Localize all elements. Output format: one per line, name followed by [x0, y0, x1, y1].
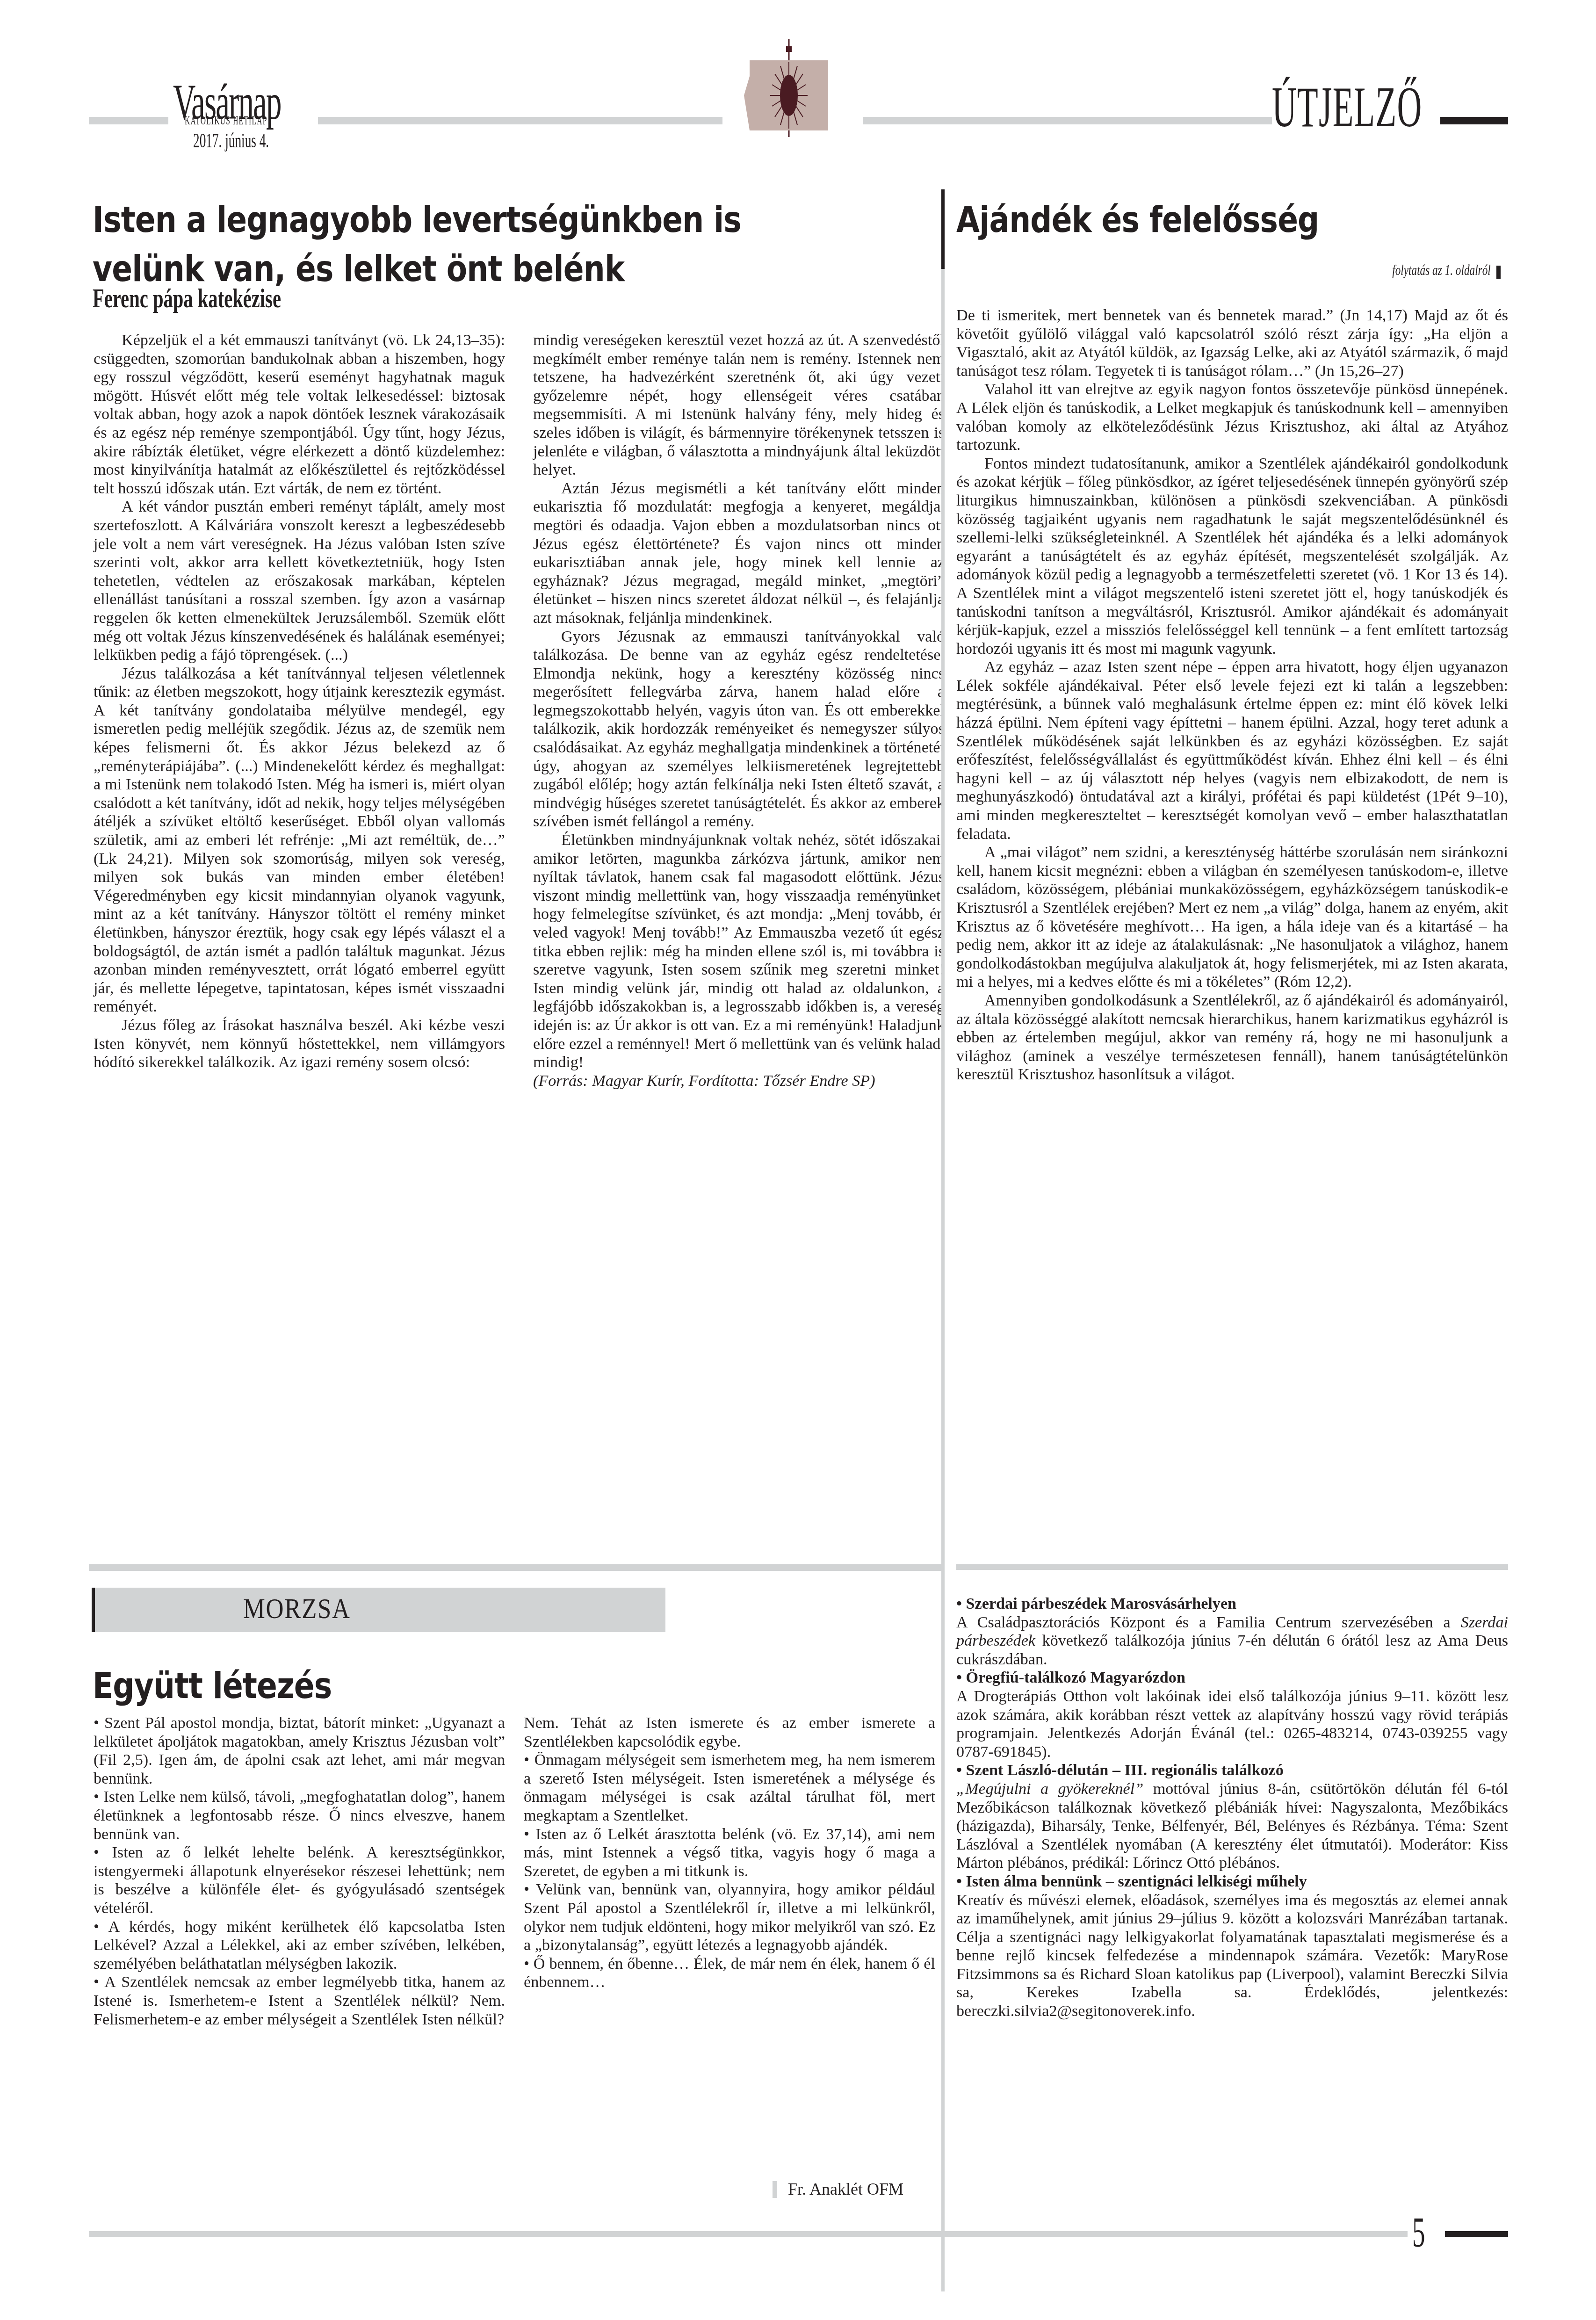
paragraph: Fontos mindezt tudatosítanunk, amikor a …: [956, 455, 1508, 658]
morzsa-item: • Isten Lelke nem külső, távoli, „megfog…: [94, 1788, 505, 1843]
paragraph: Az egyház – azaz Isten szent népe – éppe…: [956, 658, 1508, 843]
news-item: • Isten álma bennünk – szentignáci lelki…: [956, 1872, 1508, 2021]
paragraph: A két vándor pusztán emberi reményt tápl…: [94, 498, 505, 664]
section-divider-right: [956, 1564, 1508, 1570]
paragraph: Életünkben mindnyájunknak voltak nehéz, …: [533, 831, 945, 1072]
morzsa-item: • Isten az ő Lelkét árasztotta belénk (v…: [524, 1825, 935, 1881]
morzsa-item: • Isten az ő lelkét lehelte belénk. A ke…: [94, 1843, 505, 1917]
section-title: ÚTJELZŐ: [1272, 75, 1422, 140]
news-item-title: • Isten álma bennünk – szentignáci lelki…: [956, 1873, 1307, 1890]
page-number: 5: [1412, 2207, 1425, 2257]
section-divider-left: [89, 1564, 945, 1571]
right-article-headline: Ajándék és felelősség: [956, 194, 1319, 246]
footer-rule: [931, 2231, 1408, 2237]
morzsa-item: • A kérdés, hogy miként kerülhetek élő k…: [94, 1918, 505, 1973]
section-title-bar: [1440, 117, 1508, 124]
paragraph: Valahol itt van elrejtve az egyik nagyon…: [956, 380, 1508, 454]
paragraph: mindig vereségeken keresztül vezet hozzá…: [533, 331, 945, 479]
newspaper-logo-subtitle: KATOLIKUS HETILAP: [185, 114, 267, 128]
paragraph: Képzeljük el a két emmauszi tanítványt (…: [94, 331, 505, 498]
morzsa-label: MORZSA: [243, 1592, 351, 1626]
news-item-title: • Szent László-délután – III. regionális…: [956, 1762, 1284, 1779]
paragraph: Jézus főleg az Írásokat használva beszél…: [94, 1016, 505, 1072]
signature-marker: [773, 2181, 777, 2198]
monstrance-icon: [737, 39, 840, 137]
article-right-column: De ti ismeritek, mert bennetek van és be…: [956, 306, 1508, 1084]
paragraph: De ti ismeritek, mert bennetek van és be…: [956, 306, 1508, 380]
morzsa-item: Nem. Tehát az Isten ismerete és az ember…: [524, 1714, 935, 1751]
issue-date: 2017. június 4.: [193, 129, 269, 152]
column-divider: [941, 269, 945, 2291]
morzsa-headline: Együtt létezés: [93, 1660, 332, 1712]
article-headline-line1: Isten a legnagyobb levertségünkben is: [93, 194, 741, 246]
author-signature: Fr. Anaklét OFM: [788, 2179, 903, 2199]
morzsa-item: • Önmagam mélységeit sem ismerhetem meg,…: [524, 1751, 935, 1825]
continuation-marker: [1496, 266, 1501, 279]
morzsa-item: • Velünk van, bennünk van, olyannyira, h…: [524, 1880, 935, 1954]
news-item: • Szent László-délután – III. regionális…: [956, 1761, 1508, 1872]
paragraph: Gyors Jézusnak az emmauszi tanítványokka…: [533, 628, 945, 831]
morzsa-banner: [92, 1588, 665, 1632]
article-left-column-1: Képzeljük el a két emmauszi tanítványt (…: [94, 331, 505, 1072]
morzsa-item: • Szent Pál apostol mondja, biztat, báto…: [94, 1714, 505, 1788]
news-item: • Szerdai párbeszédek MarosvásárhelyenA …: [956, 1595, 1508, 1669]
paragraph: A „mai világot” nem szidni, a keresztény…: [956, 843, 1508, 991]
morzsa-item: • Ő bennem, én őbenne… Élek, de már nem …: [524, 1955, 935, 1992]
paragraph: Jézus találkozása a két tanítvánnyal tel…: [94, 665, 505, 1016]
right-article-accent-bar: [941, 189, 945, 269]
article-subtitle: Ferenc pápa katekézise: [93, 282, 281, 314]
morzsa-column-1: • Szent Pál apostol mondja, biztat, báto…: [94, 1714, 505, 2029]
article-left-column-2: mindig vereségeken keresztül vezet hozzá…: [533, 331, 945, 1090]
masthead-rule-right: [863, 117, 1272, 124]
news-item-title: • Szerdai párbeszédek Marosvásárhelyen: [956, 1595, 1236, 1612]
news-item-title: • Öregfiú-találkozó Magyarózdon: [956, 1669, 1185, 1686]
news-briefs: • Szerdai párbeszédek MarosvásárhelyenA …: [956, 1595, 1508, 2021]
continuation-note: folytatás az 1. oldalról: [1392, 262, 1491, 279]
page-number-bar: [1445, 2231, 1508, 2237]
news-item: • Öregfiú-találkozó MagyarózdonA Drogter…: [956, 1669, 1508, 1761]
morzsa-item: • A Szentlélek nemcsak az ember legmélye…: [94, 1973, 505, 2029]
morzsa-column-2: Nem. Tehát az Isten ismerete és az ember…: [524, 1714, 935, 1992]
paragraph: Aztán Jézus megismétli a két tanítvány e…: [533, 479, 945, 628]
source-note: (Forrás: Magyar Kurír, Fordította: Tőzsé…: [533, 1072, 945, 1091]
paragraph: Amennyiben gondolkodásunk a Szentlélekrő…: [956, 991, 1508, 1084]
bottom-rule-left: [89, 2231, 945, 2237]
